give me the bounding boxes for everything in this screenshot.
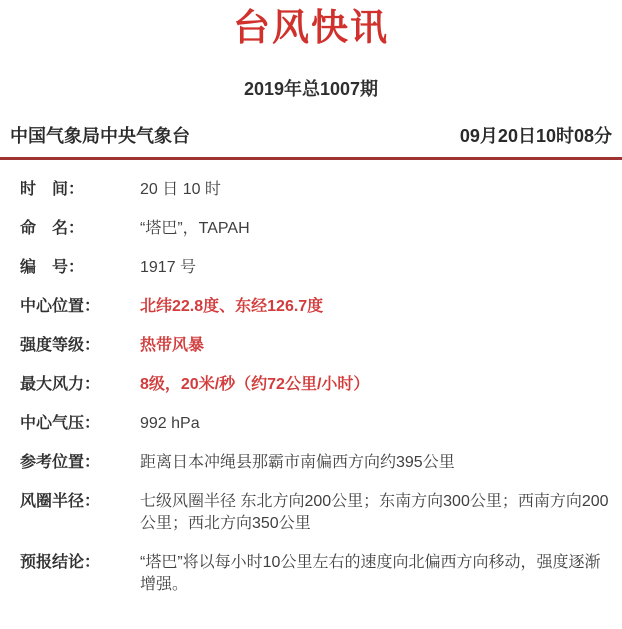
field-value-intensity: 热带风暴 — [140, 335, 610, 357]
field-value-time: 20 日 10 时 — [140, 179, 610, 201]
field-value-forecast-conclusion: “塔巴”将以每小时10公里左右的速度向北偏西方向移动，强度逐渐增强。 — [140, 552, 610, 596]
field-label-reference-position: 参考位置： — [20, 452, 140, 474]
page-title: 台风快讯 — [0, 0, 622, 49]
field-label-time: 时 间： — [20, 179, 140, 201]
field-value-reference-position: 距离日本冲绳县那霸市南偏西方向约395公里 — [140, 452, 610, 474]
field-row-wind-circle-radius: 风圈半径： 七级风圈半径 东北方向200公里；东南方向300公里；西南方向200… — [0, 491, 622, 535]
field-value-center-position: 北纬22.8度、东经126.7度 — [140, 296, 610, 318]
field-row-max-wind: 最大风力： 8级，20米/秒（约72公里/小时） — [0, 374, 622, 396]
bulletin-fields: 时 间： 20 日 10 时 命 名： “塔巴”，TAPAH 编 号： 1917… — [0, 179, 622, 596]
field-label-name: 命 名： — [20, 218, 140, 240]
field-row-center-pressure: 中心气压： 992 hPa — [0, 413, 622, 435]
field-row-number: 编 号： 1917 号 — [0, 257, 622, 279]
field-value-max-wind: 8级，20米/秒（约72公里/小时） — [140, 374, 610, 396]
field-value-center-pressure: 992 hPa — [140, 413, 610, 435]
field-row-time: 时 间： 20 日 10 时 — [0, 179, 622, 201]
field-row-center-position: 中心位置： 北纬22.8度、东经126.7度 — [0, 296, 622, 318]
field-value-name: “塔巴”，TAPAH — [140, 218, 610, 240]
meta-row: 中国气象局中央气象台 09月20日10时08分 — [0, 122, 622, 148]
field-label-center-pressure: 中心气压： — [20, 413, 140, 435]
field-label-max-wind: 最大风力： — [20, 374, 140, 396]
field-row-forecast-conclusion: 预报结论： “塔巴”将以每小时10公里左右的速度向北偏西方向移动，强度逐渐增强。 — [0, 552, 622, 596]
field-row-intensity: 强度等级： 热带风暴 — [0, 335, 622, 357]
field-row-name: 命 名： “塔巴”，TAPAH — [0, 218, 622, 240]
field-label-wind-circle-radius: 风圈半径： — [20, 491, 140, 513]
field-value-wind-circle-radius: 七级风圈半径 东北方向200公里；东南方向300公里；西南方向200公里；西北方… — [140, 491, 610, 535]
red-divider — [0, 157, 622, 160]
field-label-forecast-conclusion: 预报结论： — [20, 552, 140, 574]
agency-name: 中国气象局中央气象台 — [10, 122, 190, 148]
issue-number: 2019年总1007期 — [0, 75, 622, 101]
typhoon-bulletin: 台风快讯 2019年总1007期 中国气象局中央气象台 09月20日10时08分… — [0, 0, 622, 629]
issue-datetime: 09月20日10时08分 — [460, 122, 612, 148]
field-label-center-position: 中心位置： — [20, 296, 140, 318]
field-label-number: 编 号： — [20, 257, 140, 279]
field-value-number: 1917 号 — [140, 257, 610, 279]
field-row-reference-position: 参考位置： 距离日本冲绳县那霸市南偏西方向约395公里 — [0, 452, 622, 474]
field-label-intensity: 强度等级： — [20, 335, 140, 357]
